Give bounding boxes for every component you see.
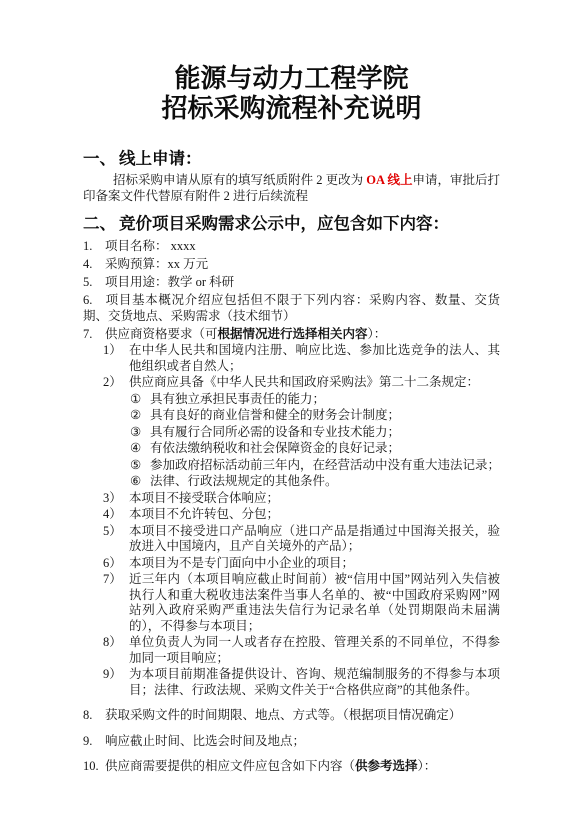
condition-item-1: 1）在中华人民共和国境内注册、响应比选、参加比选竞争的法人、其他组织或者自然人； — [103, 343, 500, 374]
law-requirement-4: ④有依法缴纳税收和社会保障资金的良好记录； — [130, 441, 500, 457]
law-requirement-6: ⑥法律、行政法规规定的其他条件。 — [130, 474, 500, 490]
circled-number: ② — [130, 408, 150, 424]
condition-number: 5） — [103, 524, 129, 555]
requirement-text: 有依法缴纳税收和社会保障资金的良好记录； — [150, 441, 500, 457]
requirement-text: 参加政府招标活动前三年内，在经营活动中没有重大违法记录； — [150, 458, 500, 474]
section1-heading-text: 线上申请： — [119, 149, 202, 168]
item-text: 采购预算：xx 万元 — [105, 257, 208, 271]
condition-item-3: 3）本项目不接受联合体响应； — [103, 491, 500, 507]
condition-item-7: 7）近三年内（本项目响应截止时间前）被“信用中国”网站列入失信被执行人和重大税收… — [103, 572, 500, 634]
item-number: 7. — [83, 327, 105, 343]
condition-text: 单位负责人为同一人或者存在控股、管理关系的不同单位，不得参加同一项目响应； — [129, 635, 500, 666]
condition-text: 本项目不允许转包、分包； — [129, 507, 500, 523]
condition-text: 在中华人民共和国境内注册、响应比选、参加比选竞争的法人、其他组织或者自然人； — [129, 343, 500, 374]
item-text: 响应截止时间、比选会时间及地点； — [105, 734, 305, 748]
condition-item-8: 8）单位负责人为同一人或者存在控股、管理关系的不同单位，不得参加同一项目响应； — [103, 635, 500, 666]
item-number: 5. — [83, 275, 105, 291]
requirement-text: 法律、行政法规规定的其他条件。 — [150, 474, 500, 490]
item-text: 供应商资格要求（可根据情况进行选择相关内容）： — [105, 327, 386, 341]
section1-number: 一、 — [83, 148, 119, 169]
condition-item-4: 4）本项目不允许转包、分包； — [103, 507, 500, 523]
list-item-10: 10.供应商需要提供的相应文件应包含如下内容（供参考选择）： — [83, 759, 500, 775]
condition-text: 本项目不接受联合体响应； — [129, 491, 500, 507]
circled-number: ⑥ — [130, 474, 150, 490]
condition-text: 近三年内（本项目响应截止时间前）被“信用中国”网站列入失信被执行人和重大税收违法… — [129, 572, 500, 634]
requirement-text: 具有良好的商业信誉和健全的财务会计制度； — [150, 408, 500, 424]
item-text: 获取采购文件的时间期限、地点、方式等。（根据项目情况确定） — [105, 708, 461, 722]
section1-paragraph: 招标采购申请从原有的填写纸质附件 2 更改为 OA 线上申请，审批后打印备案文件… — [83, 173, 500, 204]
condition-number: 2） — [103, 375, 129, 391]
section1-heading: 一、线上申请： — [83, 148, 500, 169]
condition-number: 4） — [103, 507, 129, 523]
list-item-8: 8.获取采购文件的时间期限、地点、方式等。（根据项目情况确定） — [83, 708, 500, 724]
law-requirement-1: ①具有独立承担民事责任的能力； — [130, 392, 500, 408]
list-item-5: 5.项目用途：教学 or 科研 — [83, 275, 500, 291]
item-text-post: ）： — [368, 327, 387, 341]
item-text: 供应商需要提供的相应文件应包含如下内容（供参考选择）： — [105, 759, 436, 773]
circled-number: ③ — [130, 425, 150, 441]
item-number: 4. — [83, 257, 105, 273]
paragraph-red-highlight: OA 线上 — [366, 173, 412, 187]
condition-item-2: 2）供应商应具备《中华人民共和国政府采购法》第二十二条规定： — [103, 375, 500, 391]
item-text-bold: 供参考选择 — [355, 759, 418, 773]
condition-text: 本项目不接受进口产品响应（进口产品是指通过中国海关报关，验放进入中国境内，且产自… — [129, 524, 500, 555]
list-item-1: 1.项目名称： xxxx — [83, 239, 500, 255]
list-item-9: 9.响应截止时间、比选会时间及地点； — [83, 734, 500, 750]
paragraph-text-pre: 招标采购申请从原有的填写纸质附件 2 更改为 — [113, 173, 366, 187]
doc-title-line2: 招标采购流程补充说明 — [83, 94, 500, 124]
item-number: 6. — [83, 293, 105, 309]
document-page: 能源与动力工程学院 招标采购流程补充说明 一、线上申请： 招标采购申请从原有的填… — [0, 0, 584, 827]
circled-number: ⑤ — [130, 458, 150, 474]
condition-item-6: 6）本项目为不是专门面向中小企业的项目； — [103, 556, 500, 572]
item-text-post: ）： — [418, 759, 437, 773]
condition-item-9: 9）为本项目前期准备提供设计、咨询、规范编制服务的不得参与本项目；法律、行政法规… — [103, 667, 500, 698]
item-text-pre: 供应商需要提供的相应文件应包含如下内容（ — [105, 759, 355, 773]
condition-text: 供应商应具备《中华人民共和国政府采购法》第二十二条规定： — [129, 375, 500, 391]
item-text: 项目名称： xxxx — [105, 239, 196, 253]
item-text: 项目基本概况介绍应包括但不限于下列内容：采购内容、数量、交货期、交货地点、采购需… — [83, 293, 500, 323]
condition-number: 7） — [103, 572, 129, 634]
requirement-text: 具有独立承担民事责任的能力； — [150, 392, 500, 408]
circled-number: ① — [130, 392, 150, 408]
item-text-pre: 供应商资格要求（可 — [105, 327, 218, 341]
list-item-6: 6.项目基本概况介绍应包括但不限于下列内容：采购内容、数量、交货期、交货地点、采… — [83, 293, 500, 324]
condition-text: 本项目为不是专门面向中小企业的项目； — [129, 556, 500, 572]
section2-heading: 二、竞价项目采购需求公示中，应包含如下内容： — [83, 213, 500, 234]
condition-number: 8） — [103, 635, 129, 666]
law-requirement-3: ③具有履行合同所必需的设备和专业技术能力； — [130, 425, 500, 441]
item-number: 9. — [83, 734, 105, 750]
condition-number: 1） — [103, 343, 129, 374]
requirement-text: 具有履行合同所必需的设备和专业技术能力； — [150, 425, 500, 441]
condition-number: 9） — [103, 667, 129, 698]
law-requirement-5: ⑤参加政府招标活动前三年内，在经营活动中没有重大违法记录； — [130, 458, 500, 474]
item-number: 10. — [83, 759, 105, 775]
circled-number: ④ — [130, 441, 150, 457]
item-text: 项目用途：教学 or 科研 — [105, 275, 234, 289]
condition-number: 6） — [103, 556, 129, 572]
section2-heading-text: 竞价项目采购需求公示中，应包含如下内容： — [119, 214, 449, 233]
section2-number: 二、 — [83, 213, 119, 234]
item-text-bold: 根据情况进行选择相关内容 — [218, 327, 368, 341]
condition-text: 为本项目前期准备提供设计、咨询、规范编制服务的不得参与本项目；法律、行政法规、采… — [129, 667, 500, 698]
condition-number: 3） — [103, 491, 129, 507]
condition-item-5: 5）本项目不接受进口产品响应（进口产品是指通过中国海关报关，验放进入中国境内，且… — [103, 524, 500, 555]
doc-title-line1: 能源与动力工程学院 — [83, 64, 500, 94]
item-number: 8. — [83, 708, 105, 724]
law-requirement-2: ②具有良好的商业信誉和健全的财务会计制度； — [130, 408, 500, 424]
list-item-4: 4.采购预算：xx 万元 — [83, 257, 500, 273]
item-number: 1. — [83, 239, 105, 255]
list-item-7: 7.供应商资格要求（可根据情况进行选择相关内容）： — [83, 327, 500, 343]
